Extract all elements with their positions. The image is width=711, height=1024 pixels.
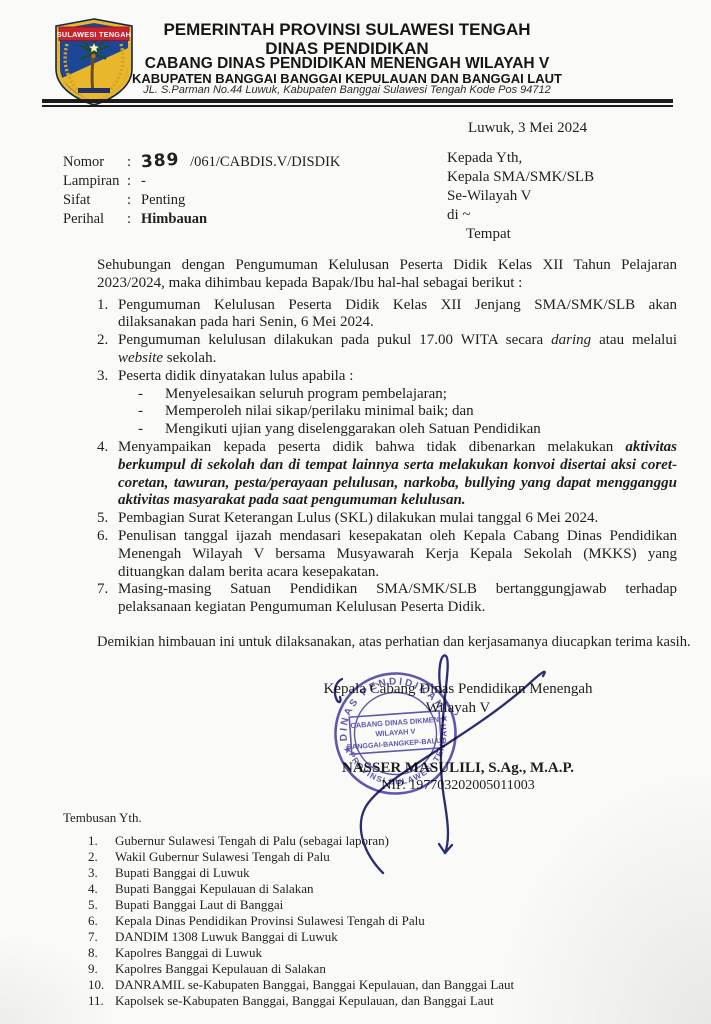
tembusan-number: 6. [88,913,115,929]
dash-marker: - [138,421,165,439]
dash-marker: - [138,386,165,404]
nomor-handwritten-number: 389 [140,152,180,172]
date-line: Luwuk, 3 Mei 2024 [468,120,587,137]
sub-item-text: Menyelesaikan seluruh program pembelajar… [165,386,447,402]
numbered-list: 1.Pengumuman Kelulusan Peserta Didik Kel… [97,297,677,617]
meta-row-nomor: Nomor : 389 /061/CABDIS.V/DISDIK [63,153,340,172]
tembusan-number: 1. [88,833,115,849]
list-item-5: 5.Pembagian Surat Keterangan Lulus (SKL)… [97,510,677,528]
tembusan-number: 4. [88,881,115,897]
item-text: Pembagian Surat Keterangan Lulus (SKL) d… [118,510,598,526]
item-number: 5. [97,510,118,528]
tembusan-number: 11. [88,993,115,1009]
sub-item-text: Memperoleh nilai sikap/perilaku minimal … [165,403,474,419]
tembusan-title: Tembusan Yth. [63,810,514,826]
lampiran-value: - [141,172,146,191]
recipient-block: Kepada Yth, Kepala SMA/SMK/SLB Se-Wilaya… [447,149,594,244]
tembusan-text: Bupati Banggai Kepulauan di Salakan [115,881,314,896]
tembusan-item: 2.Wakil Gubernur Sulawesi Tengah di Palu [63,849,514,865]
scan-shadow-bottom-right [491,764,711,1024]
tembusan-text: Kapolres Banggai di Luwuk [115,945,262,960]
sifat-label: Sifat [63,191,127,210]
dash-marker: - [138,403,165,421]
list-item-1: 1.Pengumuman Kelulusan Peserta Didik Kel… [97,297,677,333]
tembusan-item: 4.Bupati Banggai Kepulauan di Salakan [63,881,514,897]
opening-paragraph: Sehubungan dengan Pengumuman Kelulusan P… [97,257,677,293]
tembusan-item: 6.Kepala Dinas Pendidikan Provinsi Sulaw… [63,913,514,929]
recipient-title: Kepala SMA/SMK/SLB [447,168,594,187]
letter-meta-block: Nomor : 389 /061/CABDIS.V/DISDIK Lampira… [63,153,340,229]
item-number: 4. [97,439,118,457]
stamp-center-line2: WILAYAH V [375,727,416,739]
letterhead-address-line: JL. S.Parman No.44 Luwuk, Kabupaten Bang… [0,84,694,96]
scanned-letter-page: { "letterhead": { "line1": "PEMERINTAH P… [0,0,711,1024]
letter-body: Sehubungan dengan Pengumuman Kelulusan P… [97,257,677,666]
sub-item-1: -Menyelesaikan seluruh program pembelaja… [118,386,677,404]
tembusan-block: Tembusan Yth. 1.Gubernur Sulawesi Tengah… [63,810,514,1009]
item-italic-daring: daring [551,332,591,348]
item-text: Penulisan tanggal ijazah mendasari kesep… [118,528,677,580]
sifat-value: Penting [141,191,185,210]
letterhead-rule-thin [42,105,673,108]
perihal-colon: : [127,210,141,229]
tembusan-text: Gubernur Sulawesi Tengah di Palu (sebaga… [115,833,389,848]
tembusan-list: 1.Gubernur Sulawesi Tengah di Palu (seba… [63,833,514,1009]
tembusan-text: Kapolres Banggai Kepulauan di Salakan [115,961,326,976]
tembusan-number: 5. [88,897,115,913]
item-text: sekolah. [163,350,216,366]
sub-item-3: -Mengikuti ujian yang diselenggarakan ol… [118,421,677,439]
item-text: Pengumuman Kelulusan Peserta Didik Kelas… [118,297,677,331]
item-number: 3. [97,368,118,386]
tembusan-text: Bupati Banggai Laut di Banggai [115,897,283,912]
list-item-3: 3.Peserta didik dinyatakan lulus apabila… [97,368,677,439]
tembusan-text: Bupati Banggai di Luwuk [115,865,250,880]
perihal-value: Himbauan [141,210,207,229]
tembusan-item: 7.DANDIM 1308 Luwuk Banggai di Luwuk [63,929,514,945]
item-number: 6. [97,528,118,546]
item-number: 7. [97,581,118,599]
tembusan-text: Wakil Gubernur Sulawesi Tengah di Palu [115,849,330,864]
recipient-place: Tempat [447,225,594,244]
item-number: 1. [97,297,118,315]
tembusan-item: 3.Bupati Banggai di Luwuk [63,865,514,881]
sub-item-2: -Memperoleh nilai sikap/perilaku minimal… [118,403,677,421]
sifat-colon: : [127,191,141,210]
tembusan-number: 7. [88,929,115,945]
tembusan-item: 5.Bupati Banggai Laut di Banggai [63,897,514,913]
tembusan-number: 10. [88,977,115,993]
lampiran-colon: : [127,172,141,191]
tembusan-number: 8. [88,945,115,961]
tembusan-item: 8.Kapolres Banggai di Luwuk [63,945,514,961]
tembusan-text: DANDIM 1308 Luwuk Banggai di Luwuk [115,929,338,944]
tembusan-item: 10.DANRAMIL se-Kabupaten Banggai, Bangga… [63,977,514,993]
list-item-6: 6.Penulisan tanggal ijazah mendasari kes… [97,528,677,581]
list-item-2: 2.Pengumuman kelulusan dilakukan pada pu… [97,332,677,368]
sub-item-text: Mengikuti ujian yang diselenggarakan ole… [165,421,541,437]
letterhead-government-line: PEMERINTAH PROVINSI SULAWESI TENGAH [0,20,694,40]
meta-row-sifat: Sifat : Penting [63,191,340,210]
recipient-region: Se-Wilayah V [447,187,594,206]
tembusan-number: 2. [88,849,115,865]
list-item-4: 4.Menyampaikan kepada peserta didik bahw… [97,439,677,510]
tembusan-text: Kepala Dinas Pendidikan Provinsi Sulawes… [115,913,425,928]
item-text: Masing-masing Satuan Pendidikan SMA/SMK/… [118,581,677,615]
item-text: Peserta didik dinyatakan lulus apabila : [118,368,353,384]
item-text: atau melalui [591,332,677,348]
meta-row-lampiran: Lampiran : - [63,172,340,191]
recipient-di: di ~ [447,206,594,225]
tembusan-item: 11.Kapolsek se-Kabupaten Banggai, Bangga… [63,993,514,1009]
item-text: Menyampaikan kepada peserta didik bahwa … [118,439,625,455]
nomor-colon: : [127,153,141,172]
recipient-salutation: Kepada Yth, [447,149,594,168]
nomor-value: /061/CABDIS.V/DISDIK [190,154,340,170]
nomor-label: Nomor [63,153,127,172]
letterhead-rule-thick [42,99,673,103]
official-stamp: DINAS PENDIDIKAN PROVINSI SULAWESI TENGA… [332,670,459,797]
tembusan-number: 3. [88,865,115,881]
tembusan-item: 1.Gubernur Sulawesi Tengah di Palu (seba… [63,833,514,849]
tembusan-text: Kapolsek se-Kabupaten Banggai, Banggai K… [115,993,494,1008]
perihal-label: Perihal [63,210,127,229]
lampiran-label: Lampiran [63,172,127,191]
list-item-7: 7.Masing-masing Satuan Pendidikan SMA/SM… [97,581,677,617]
meta-row-perihal: Perihal : Himbauan [63,210,340,229]
tembusan-item: 9.Kapolres Banggai Kepulauan di Salakan [63,961,514,977]
item-italic-website: website [118,350,163,366]
closing-paragraph: Demikian himbauan ini untuk dilaksanakan… [97,634,677,652]
tembusan-number: 9. [88,961,115,977]
item-text: Pengumuman kelulusan dilakukan pada puku… [118,332,551,348]
tembusan-text: DANRAMIL se-Kabupaten Banggai, Banggai K… [115,977,514,992]
item-number: 2. [97,332,118,350]
